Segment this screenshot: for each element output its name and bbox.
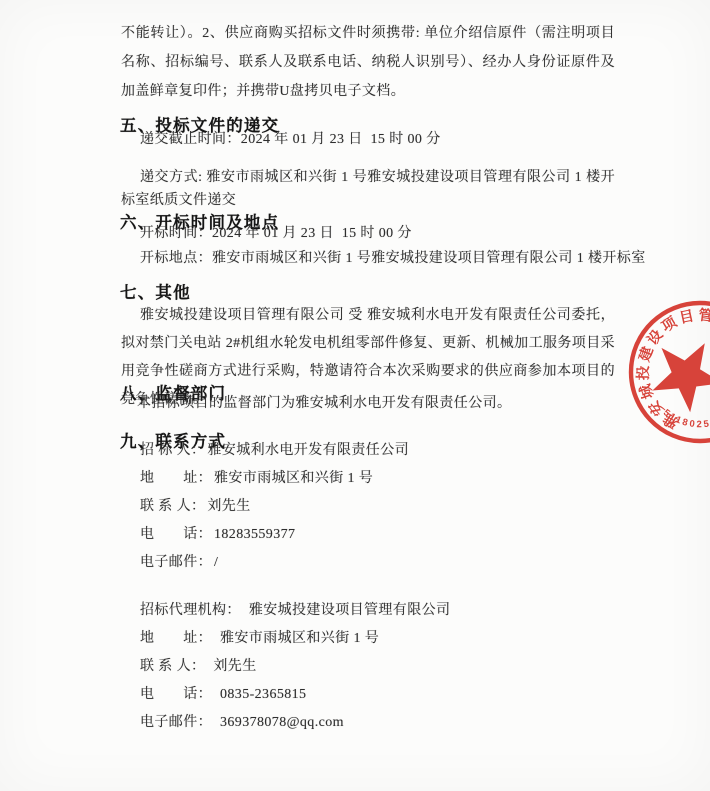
tenderer-name-row: 招 标 人：雅安城利水电开发有限责任公司: [140, 437, 409, 465]
section-7-title: 七、其他: [120, 279, 191, 303]
agency-email-row: 电子邮件：369378078@qq.com: [140, 709, 450, 737]
open-time-line: 开标时间：2024 年 01 月 23 日 15 时 00 分: [140, 222, 412, 242]
agency-contact-row: 联 系 人：刘先生: [140, 653, 450, 681]
row-label: 电 话：: [140, 687, 212, 702]
row-label: 地 址：: [140, 631, 212, 646]
section-8-body-line: 本招标项目的监督部门为雅安城利水电开发有限责任公司。: [137, 392, 511, 412]
tenderer-email-row: 电子邮件：/: [140, 549, 409, 577]
official-seal: 雅安城投建设项目管理有限公司 51180250: [615, 288, 710, 458]
scanned-tender-document-page: 不能转让）。2、供应商购买招标文件时须携带: 单位介绍信原件（需注明项目名称、招…: [0, 0, 710, 791]
row-label: 招 标 人：: [140, 443, 205, 458]
open-place-line: 开标地点：雅安市雨城区和兴街 1 号雅安城投建设项目管理有限公司 1 楼开标室: [140, 247, 646, 267]
row-value: 369378078@qq.com: [212, 715, 344, 730]
row-label: 电 话：: [140, 527, 212, 542]
agency-name-row: 招标代理机构：雅安城投建设项目管理有限公司: [140, 597, 450, 625]
row-value: 0835-2365815: [212, 687, 306, 702]
row-label: 联 系 人：: [140, 659, 205, 674]
row-label: 电子邮件：: [140, 555, 212, 570]
row-value: 18283559377: [212, 527, 295, 542]
contact-tenderer-block: 招 标 人：雅安城利水电开发有限责任公司 地 址：雅安市雨城区和兴街 1 号 联…: [140, 437, 409, 577]
intro-paragraph: 不能转让）。2、供应商购买招标文件时须携带: 单位介绍信原件（需注明项目名称、招…: [121, 19, 615, 106]
row-label: 电子邮件：: [140, 715, 212, 730]
tenderer-address-row: 地 址：雅安市雨城区和兴街 1 号: [140, 465, 409, 493]
method-paragraph: 递交方式: 雅安市雨城区和兴街 1 号雅安城投建设项目管理有限公司 1 楼开标室…: [121, 166, 615, 212]
contact-agency-block: 招标代理机构：雅安城投建设项目管理有限公司 地 址：雅安市雨城区和兴街 1 号 …: [140, 597, 450, 737]
tenderer-phone-row: 电 话：18283559377: [140, 521, 409, 549]
row-value: /: [212, 555, 218, 570]
row-label: 联 系 人：: [140, 499, 205, 514]
row-label: 招标代理机构：: [140, 603, 241, 618]
row-value: 刘先生: [205, 499, 250, 514]
tenderer-contact-row: 联 系 人：刘先生: [140, 493, 409, 521]
row-value: 雅安城利水电开发有限责任公司: [205, 443, 409, 458]
row-label: 地 址：: [140, 471, 212, 486]
deadline-line: 递交截止时间：2024 年 01 月 23 日 15 时 00 分: [140, 128, 441, 148]
agency-address-row: 地 址：雅安市雨城区和兴街 1 号: [140, 625, 450, 653]
row-value: 刘先生: [205, 659, 256, 674]
row-value: 雅安市雨城区和兴街 1 号: [212, 631, 379, 646]
row-value: 雅安市雨城区和兴街 1 号: [212, 471, 373, 486]
row-value: 雅安城投建设项目管理有限公司: [241, 603, 451, 618]
agency-phone-row: 电 话：0835-2365815: [140, 681, 450, 709]
